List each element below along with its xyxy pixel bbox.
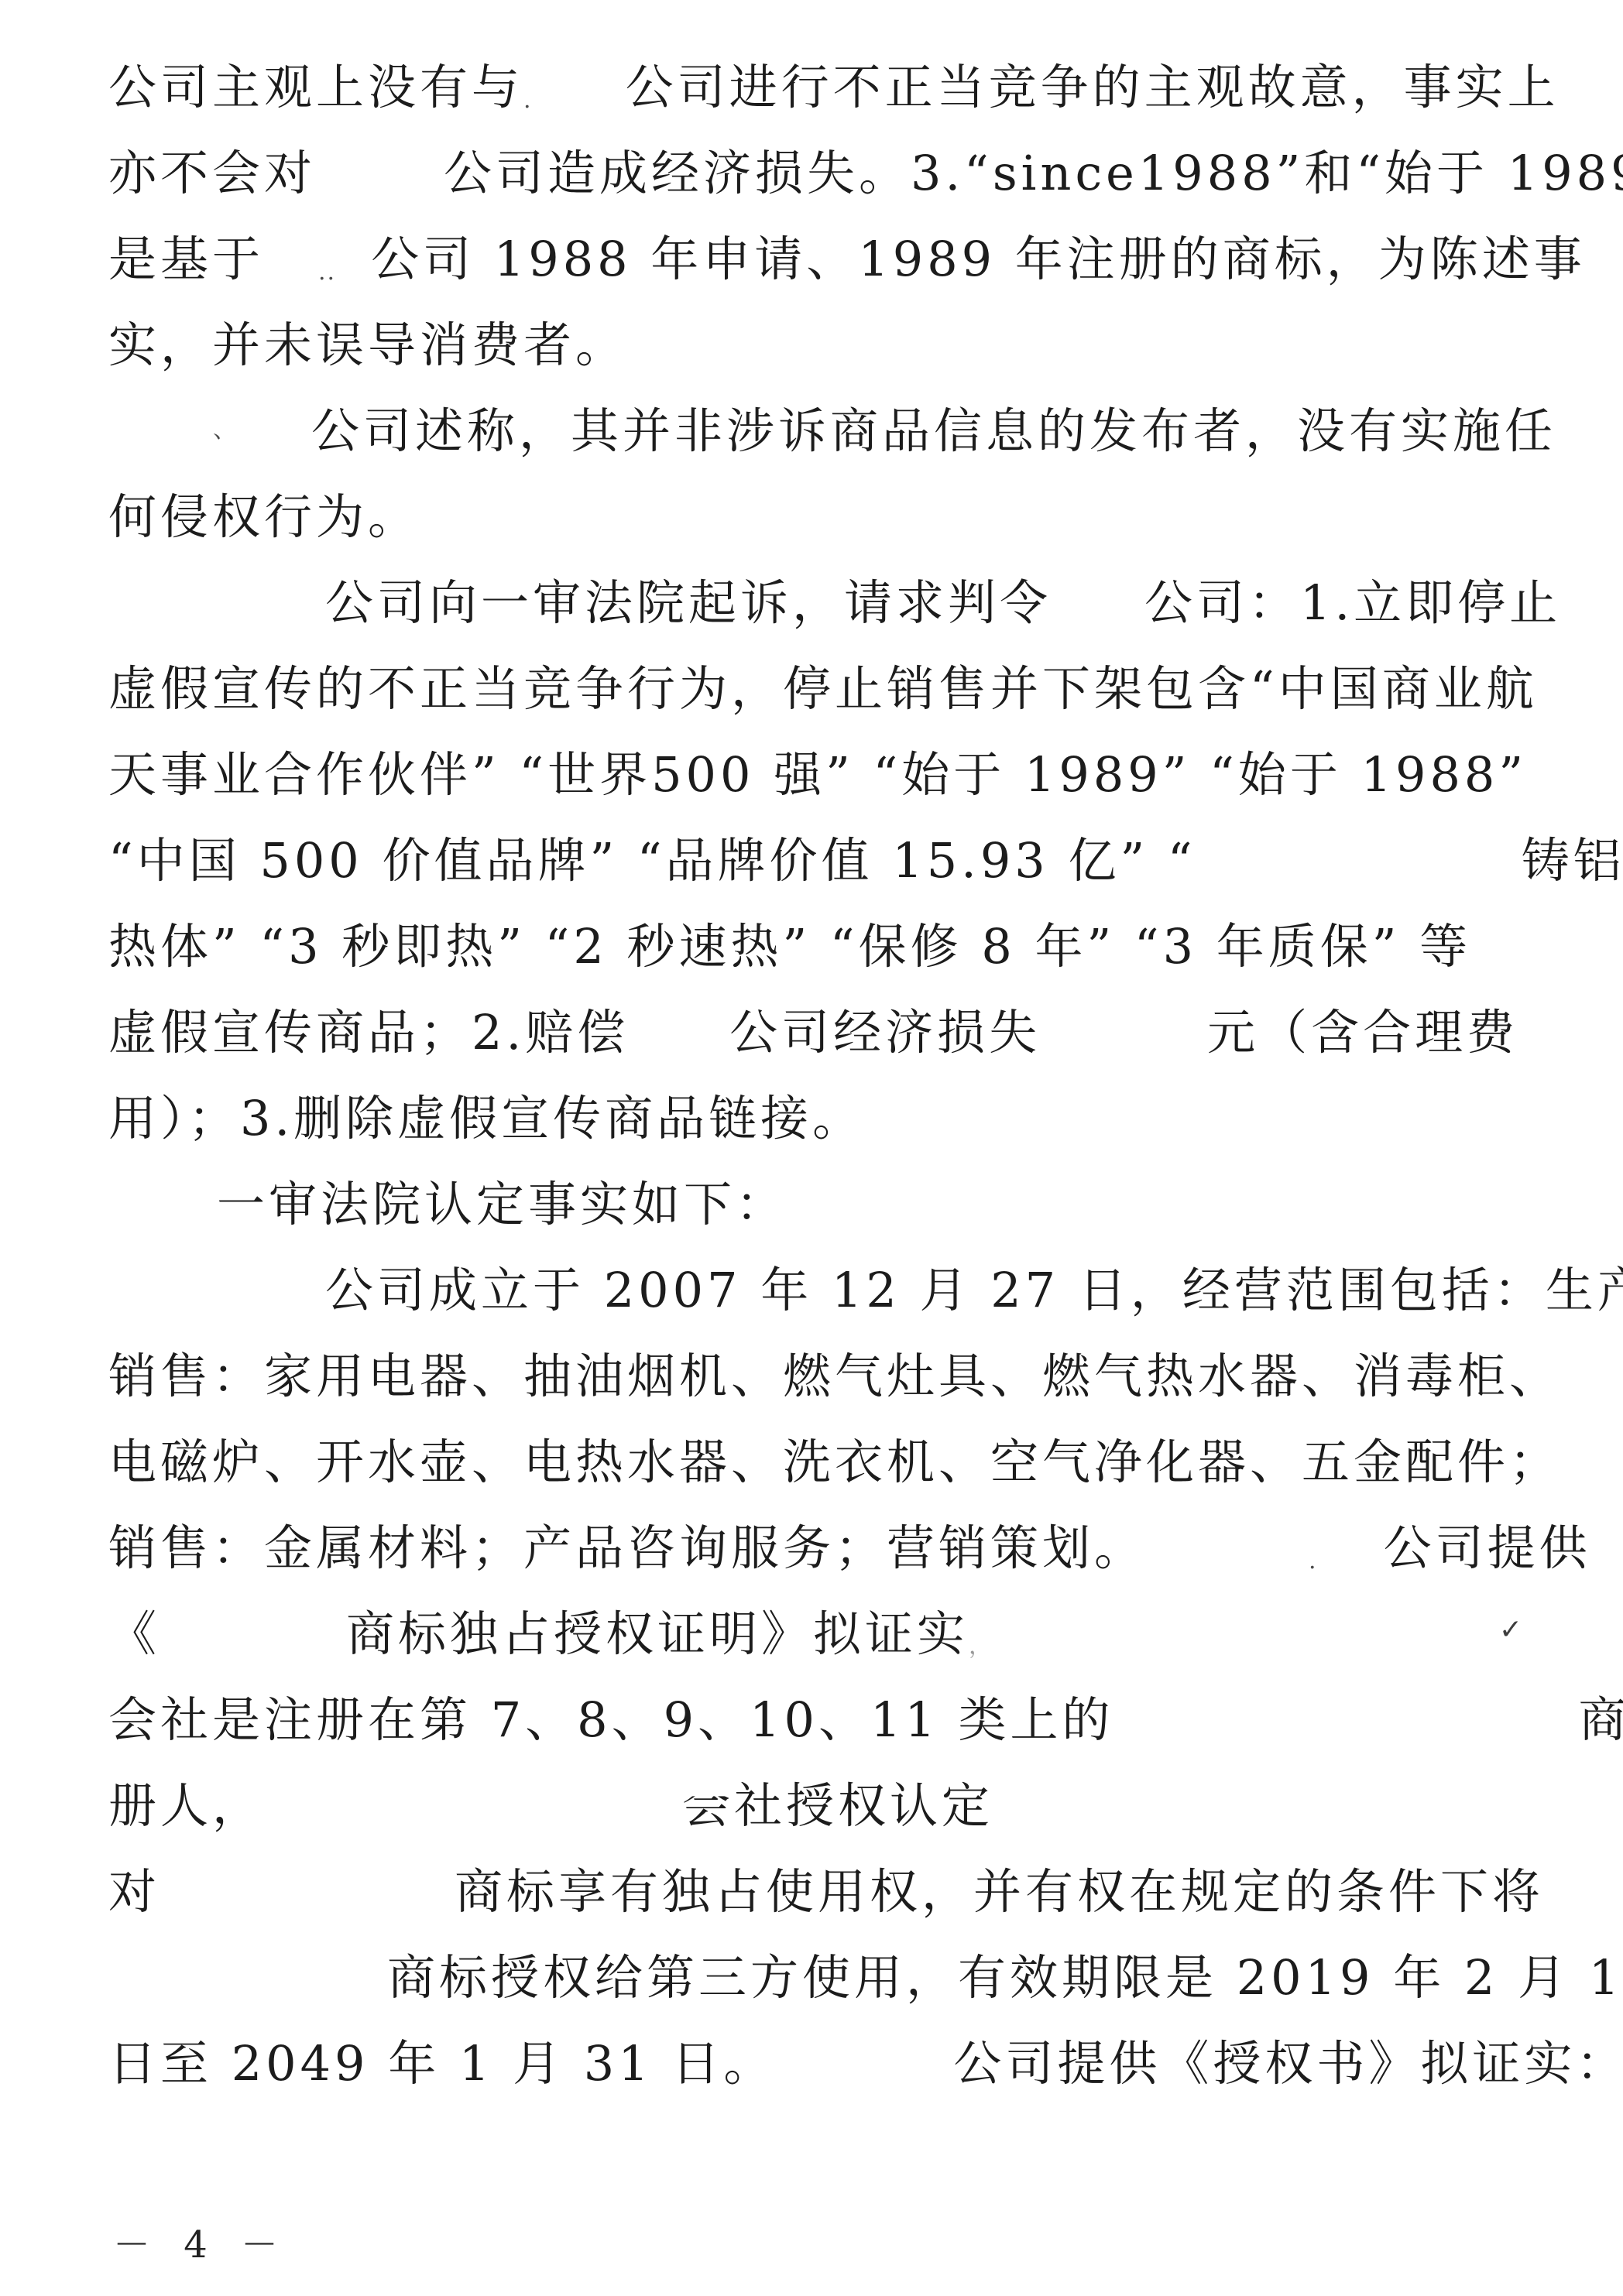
text-line: 商标授权给第三方使用，有效期限是 2019 年 2 月 1 xyxy=(108,1931,1580,2017)
text-line: 、公司述称，其并非涉诉商品信息的发布者，没有实施任 xyxy=(108,384,1580,470)
text-segment: 铸铝发 xyxy=(1522,822,1623,891)
text-line: 虚假宣传商品；2.赔偿公司经济损失元（含合理费 xyxy=(108,985,1580,1071)
text-segment: 电磁炉、开水壶、电热水器、洗衣机、空气净化器、五金配件； xyxy=(108,1424,1561,1492)
text-line: 何侵权行为。 xyxy=(108,470,1580,556)
text-line: 虚假宣传的不正当竞争行为，停止销售并下架包含“中国商业航 xyxy=(108,642,1580,728)
text-segment: 公司提供《授权书》拟证实： xyxy=(953,2025,1623,2094)
redacted-gap xyxy=(336,255,371,255)
stray-comma-mark: 、 xyxy=(213,410,238,444)
redacted-gap xyxy=(264,255,318,255)
stray-dot-mark: . xyxy=(1309,1547,1318,1587)
text-segment: 虚假宣传商品；2.赔偿 xyxy=(108,994,629,1063)
redacted-gap xyxy=(108,598,325,599)
text-segment: 册人， xyxy=(108,1767,264,1836)
redacted-gap xyxy=(238,427,311,427)
scanned-document-page: 公司主观上没有与.公司进行不正当竞争的主观故意，事实上亦不会对公司造成经济损失。… xyxy=(0,0,1623,2296)
text-line: 《商标独占授权证明》拟证实，✓ xyxy=(108,1587,1580,1673)
redacted-gap xyxy=(1318,1544,1384,1544)
text-segment: 亦不会对 xyxy=(108,135,316,204)
text-segment: 公司造成经济损失。3.“since1988”和“始于 1989” xyxy=(444,135,1623,204)
text-line: 一审法院认定事实如下： xyxy=(108,1157,1580,1243)
text-segment: 何侵权行为。 xyxy=(108,478,420,547)
stray-dot-mark: . xyxy=(523,87,533,126)
redacted-gap xyxy=(264,1801,682,1802)
stray-comma-mark: ， xyxy=(969,1626,993,1673)
text-segment: 公司述称，其并非涉诉商品信息的发布者，没有实施任 xyxy=(311,392,1556,461)
text-segment: 商标授权给第三方使用，有效期限是 2019 年 2 月 1 xyxy=(387,1939,1623,2008)
text-segment: 一审法院认定事实如下： xyxy=(217,1166,787,1235)
redacted-gap xyxy=(108,1286,325,1287)
text-segment: 会 xyxy=(682,1767,734,1836)
text-line: 销售：家用电器、抽油烟机、燃气灶具、燃气热水器、消毒柜、 xyxy=(108,1329,1580,1415)
text-segment: 公司向一审法院起诉，请求判令 xyxy=(325,564,1052,633)
text-line: 销售：金属材料；产品咨询服务；营销策划。.公司提供 xyxy=(108,1501,1580,1587)
text-segment: 商标独占授权证明》拟证实 xyxy=(346,1595,969,1664)
redacted-gap xyxy=(160,1887,455,1888)
text-segment: 公司：1.立即停止 xyxy=(1144,564,1561,633)
text-segment: 《 xyxy=(108,1595,160,1664)
text-segment: 销售：金属材料；产品咨询服务；营销策划。 xyxy=(108,1510,1146,1578)
text-line: 热体” “3 秒即热” “2 秒速热” “保修 8 年” “3 年质保” 等 xyxy=(108,900,1580,985)
text-line: 实，并未误导消费者。 xyxy=(108,298,1580,384)
text-segment: 社授权认定 xyxy=(734,1767,993,1836)
redacted-gap xyxy=(108,427,213,427)
redacted-gap xyxy=(316,169,444,170)
text-segment: 公司提供 xyxy=(1384,1510,1591,1578)
text-segment: 商标享有独占使用权，并有权在规定的条件下将 xyxy=(455,1853,1544,1922)
text-segment: 销售：家用电器、抽油烟机、燃气灶具、燃气热水器、消毒柜、 xyxy=(108,1338,1561,1407)
text-segment: 热体” “3 秒即热” “2 秒速热” “保修 8 年” “3 年质保” 等 xyxy=(108,908,1471,977)
text-segment: 公司 1988 年申请、1989 年注册的商标，为陈述事 xyxy=(371,221,1586,290)
text-segment: 公司进行不正当竞争的主观故意，事实上 xyxy=(626,49,1560,118)
text-line: 日至 2049 年 1 月 31 日。公司提供《授权书》拟证实： xyxy=(108,2017,1580,2102)
text-segment: 是基于 xyxy=(108,221,264,290)
text-segment: 元（含合理费 xyxy=(1207,994,1518,1063)
redacted-gap xyxy=(1041,1028,1207,1029)
text-line: 公司成立于 2007 年 12 月 27 日，经营范围包括：生产、 xyxy=(108,1243,1580,1329)
page-number: － 4 － xyxy=(113,2215,289,2268)
text-segment: “中国 500 价值品牌” “品牌价值 15.93 亿” “ xyxy=(108,822,1196,891)
text-segment: 公司主观上没有与 xyxy=(108,49,523,118)
text-line: 公司主观上没有与.公司进行不正当竞争的主观故意，事实上 xyxy=(108,40,1580,126)
redacted-gap xyxy=(1146,1544,1309,1544)
redacted-gap xyxy=(629,1028,729,1029)
text-line: 亦不会对公司造成经济损失。3.“since1988”和“始于 1989” xyxy=(108,126,1580,212)
redacted-gap xyxy=(1114,1715,1579,1716)
text-line: 会社是注册在第 7、8、9、10、11 类上的商标的注 xyxy=(108,1673,1580,1759)
text-segment: 日至 2049 年 1 月 31 日。 xyxy=(108,2025,775,2094)
redacted-gap xyxy=(108,1973,387,1974)
redacted-gap xyxy=(160,1629,346,1630)
text-line: 公司向一审法院起诉，请求判令公司：1.立即停止 xyxy=(108,556,1580,642)
redacted-gap xyxy=(533,83,626,84)
text-line: 册人，会社授权认定 xyxy=(108,1759,1580,1845)
stray-tick-mark: ✓ xyxy=(1499,1614,1524,1646)
text-segment: 虚假宣传的不正当竞争行为，停止销售并下架包含“中国商业航 xyxy=(108,650,1538,719)
text-segment: 商标的注 xyxy=(1579,1681,1623,1750)
redacted-gap xyxy=(108,1200,217,1201)
stray-dots-mark: .. xyxy=(318,259,336,298)
text-line: 电磁炉、开水壶、电热水器、洗衣机、空气净化器、五金配件； xyxy=(108,1415,1580,1501)
document-body: 公司主观上没有与.公司进行不正当竞争的主观故意，事实上亦不会对公司造成经济损失。… xyxy=(108,40,1580,2102)
redacted-gap xyxy=(1196,856,1522,857)
text-segment: 公司经济损失 xyxy=(729,994,1041,1063)
text-line: 是基于..公司 1988 年申请、1989 年注册的商标，为陈述事 xyxy=(108,212,1580,298)
text-segment: 用）；3.删除虚假宣传商品链接。 xyxy=(108,1080,864,1149)
text-line: 天事业合作伙伴” “世界500 强” “始于 1989” “始于 1988” xyxy=(108,728,1580,814)
text-line: 对商标享有独占使用权，并有权在规定的条件下将 xyxy=(108,1845,1580,1931)
text-segment: 实，并未误导消费者。 xyxy=(108,307,627,375)
text-segment: 天事业合作伙伴” “世界500 强” “始于 1989” “始于 1988” xyxy=(108,736,1527,805)
text-line: “中国 500 价值品牌” “品牌价值 15.93 亿” “铸铝发 xyxy=(108,814,1580,900)
text-segment: 会社是注册在第 7、8、9、10、11 类上的 xyxy=(108,1681,1114,1750)
text-segment: 公司成立于 2007 年 12 月 27 日，经营范围包括：生产、 xyxy=(325,1252,1623,1321)
text-segment: 对 xyxy=(108,1853,160,1922)
redacted-gap xyxy=(1052,598,1144,599)
text-line: 用）；3.删除虚假宣传商品链接。 xyxy=(108,1071,1580,1157)
redacted-gap xyxy=(775,2059,953,2060)
